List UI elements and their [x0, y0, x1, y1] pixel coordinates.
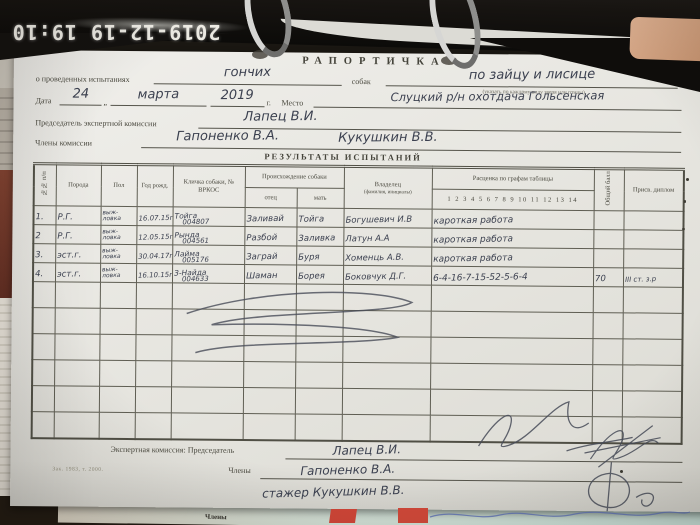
col-header-origin: Происхождение собаки: [245, 166, 344, 189]
cell-rating: кароткая работа: [433, 234, 513, 245]
cell-born: 12.05.15г: [138, 233, 173, 242]
cell-breed: Р.Г.: [57, 231, 72, 241]
paper-speck: [682, 228, 685, 230]
cell-born: 16.10.15г: [137, 271, 172, 280]
member2-value: Кукушкин В.В.: [338, 130, 438, 146]
red-stamp-mark: [398, 508, 428, 523]
rating-column-numbers: 1 2 3 4 5 6 7 8 9 10 11 12 13 14: [432, 189, 594, 210]
cell-rating: кароткая работа: [433, 215, 513, 226]
cell-dam: Заливка: [298, 233, 335, 244]
date-quote-mark: „: [104, 98, 108, 107]
results-table: №№ п/п Порода Пол Год рожд. Кличка собак…: [31, 162, 685, 444]
cell-num: 4.: [35, 269, 43, 279]
cell-sex: выж-ловка: [102, 228, 135, 241]
chairman-label: Председатель экспертной комиссии: [35, 118, 156, 128]
col-header-name: Кличка собаки, № ВРКОС: [173, 165, 245, 208]
members-label: Члены комиссии: [35, 138, 92, 147]
date-day-value: 24: [72, 87, 89, 102]
cell-breed: Р.Г.: [57, 212, 72, 222]
date-month-value: марта: [138, 87, 180, 102]
col-header-num: №№ п/п: [34, 164, 56, 206]
cell-num: 3.: [35, 250, 43, 260]
cell-diploma: III ст. з.р: [624, 275, 655, 284]
cell-owner: Хоменць А.В.: [345, 253, 404, 264]
cell-num: 1.: [35, 212, 43, 222]
cell-num: 2: [35, 231, 41, 241]
col-header-owner: Владелец (фамилия, инициалы): [344, 166, 432, 209]
cell-sire: Шаман: [245, 271, 277, 282]
print-order-note: Зак. 1983, т. 2000.: [52, 466, 103, 472]
owner-hint: (фамилия, инициалы): [345, 189, 430, 196]
cell-dam: Буря: [298, 252, 320, 262]
underlying-page-text: Члены: [205, 513, 227, 521]
year-suffix: г.: [267, 98, 271, 107]
cell-dam: Тойга: [298, 214, 324, 224]
cell-owner: Богушевич И.В: [345, 215, 412, 226]
cell-breed: эст.г.: [56, 269, 80, 279]
paper-speck: [684, 200, 686, 203]
red-stamp-mark: [329, 509, 357, 523]
dogs-label: собак: [352, 77, 371, 86]
table-row-empty: [32, 412, 682, 444]
cell-vrkos: 004633: [173, 275, 242, 284]
cell-total: 70: [594, 274, 605, 284]
place-label: Место: [282, 98, 304, 107]
cell-sex: выж-ловка: [101, 266, 134, 279]
commission-label: Экспертная комиссия: Председатель: [110, 445, 234, 455]
col-header-sire: отец: [245, 188, 297, 208]
cell-vrkos: 004561: [174, 237, 243, 246]
paper-speck: [686, 178, 689, 181]
breed-field: гончих: [154, 62, 342, 86]
cell-born: 16.07.15г: [138, 214, 173, 223]
date-year-value: 2019: [221, 88, 254, 103]
members-field: Гапоненко В.А. Кукушкин В.В.: [141, 126, 681, 153]
cell-dam: Борея: [297, 271, 324, 281]
footer-members-label: Члены: [228, 466, 250, 475]
cell-owner: Боковчук Д.Г.: [344, 272, 405, 283]
col-header-breed: Порода: [56, 164, 101, 206]
footer-member2-value: стажер Кукушкин В.В.: [262, 483, 405, 501]
date-day-field: 24: [60, 84, 102, 105]
cell-sex: выж-ловка: [102, 247, 135, 260]
signature-line: [260, 478, 682, 483]
photo-of-report-form: Члены РАПОРТИЧКА о проведенных испытания…: [0, 0, 700, 525]
cell-sire: Заграй: [246, 252, 277, 263]
tan-object-corner: [629, 17, 700, 62]
footer-chairman-value: Лапец В.И.: [332, 442, 401, 458]
cell-rating: 6-4-16-7-15-52-5-6-4: [432, 272, 527, 284]
paper-speck: [620, 470, 623, 473]
results-heading: РЕЗУЛЬТАТЫ ИСПЫТАНИЙ: [173, 150, 513, 163]
footer-member1-value: Гапоненко В.А.: [300, 462, 395, 478]
cell-sex: выж-ловка: [102, 209, 135, 222]
place-field: Слуцкий р/н охотдача Гольсенская: [314, 86, 682, 111]
chairman-value: Лапец В.И.: [243, 109, 317, 125]
cell-owner: Латун А.А: [345, 234, 389, 245]
cell-sire: Заливай: [246, 214, 284, 225]
cell-vrkos: 004807: [174, 218, 243, 227]
col-header-rating: Расценка по графам таблицы: [432, 167, 594, 190]
date-label: Дата: [36, 96, 52, 105]
col-header-dam: мать: [297, 188, 344, 208]
breed-value: гончих: [224, 65, 271, 80]
col-header-born: Год рожд.: [137, 165, 173, 207]
cell-breed: эст.г.: [57, 250, 81, 260]
cell-rating: кароткая работа: [433, 253, 513, 264]
tests-label: о проведенных испытаниях: [36, 74, 130, 84]
cell-sire: Разбой: [246, 233, 277, 244]
col-header-diploma: Присв. диплом: [624, 169, 684, 212]
col-header-sex: Пол: [101, 164, 137, 206]
date-month-field: марта: [111, 85, 207, 107]
member1-value: Гапоненко В.А.: [176, 128, 279, 144]
game-value: по зайцу и лисице: [469, 67, 596, 83]
col-header-total: Общий балл: [594, 169, 624, 211]
cell-vrkos: 005176: [174, 256, 243, 265]
place-value: Слуцкий р/н охотдача Гольсенская: [391, 88, 605, 104]
camera-timestamp: 2019-12-19 19:10: [10, 20, 222, 44]
report-form-paper: РАПОРТИЧКА о проведенных испытаниях гонч…: [10, 50, 700, 512]
date-year-field: 2019: [211, 86, 265, 107]
cell-born: 30.04.17г: [138, 252, 173, 261]
underlying-handwriting-squiggle: [425, 505, 695, 525]
